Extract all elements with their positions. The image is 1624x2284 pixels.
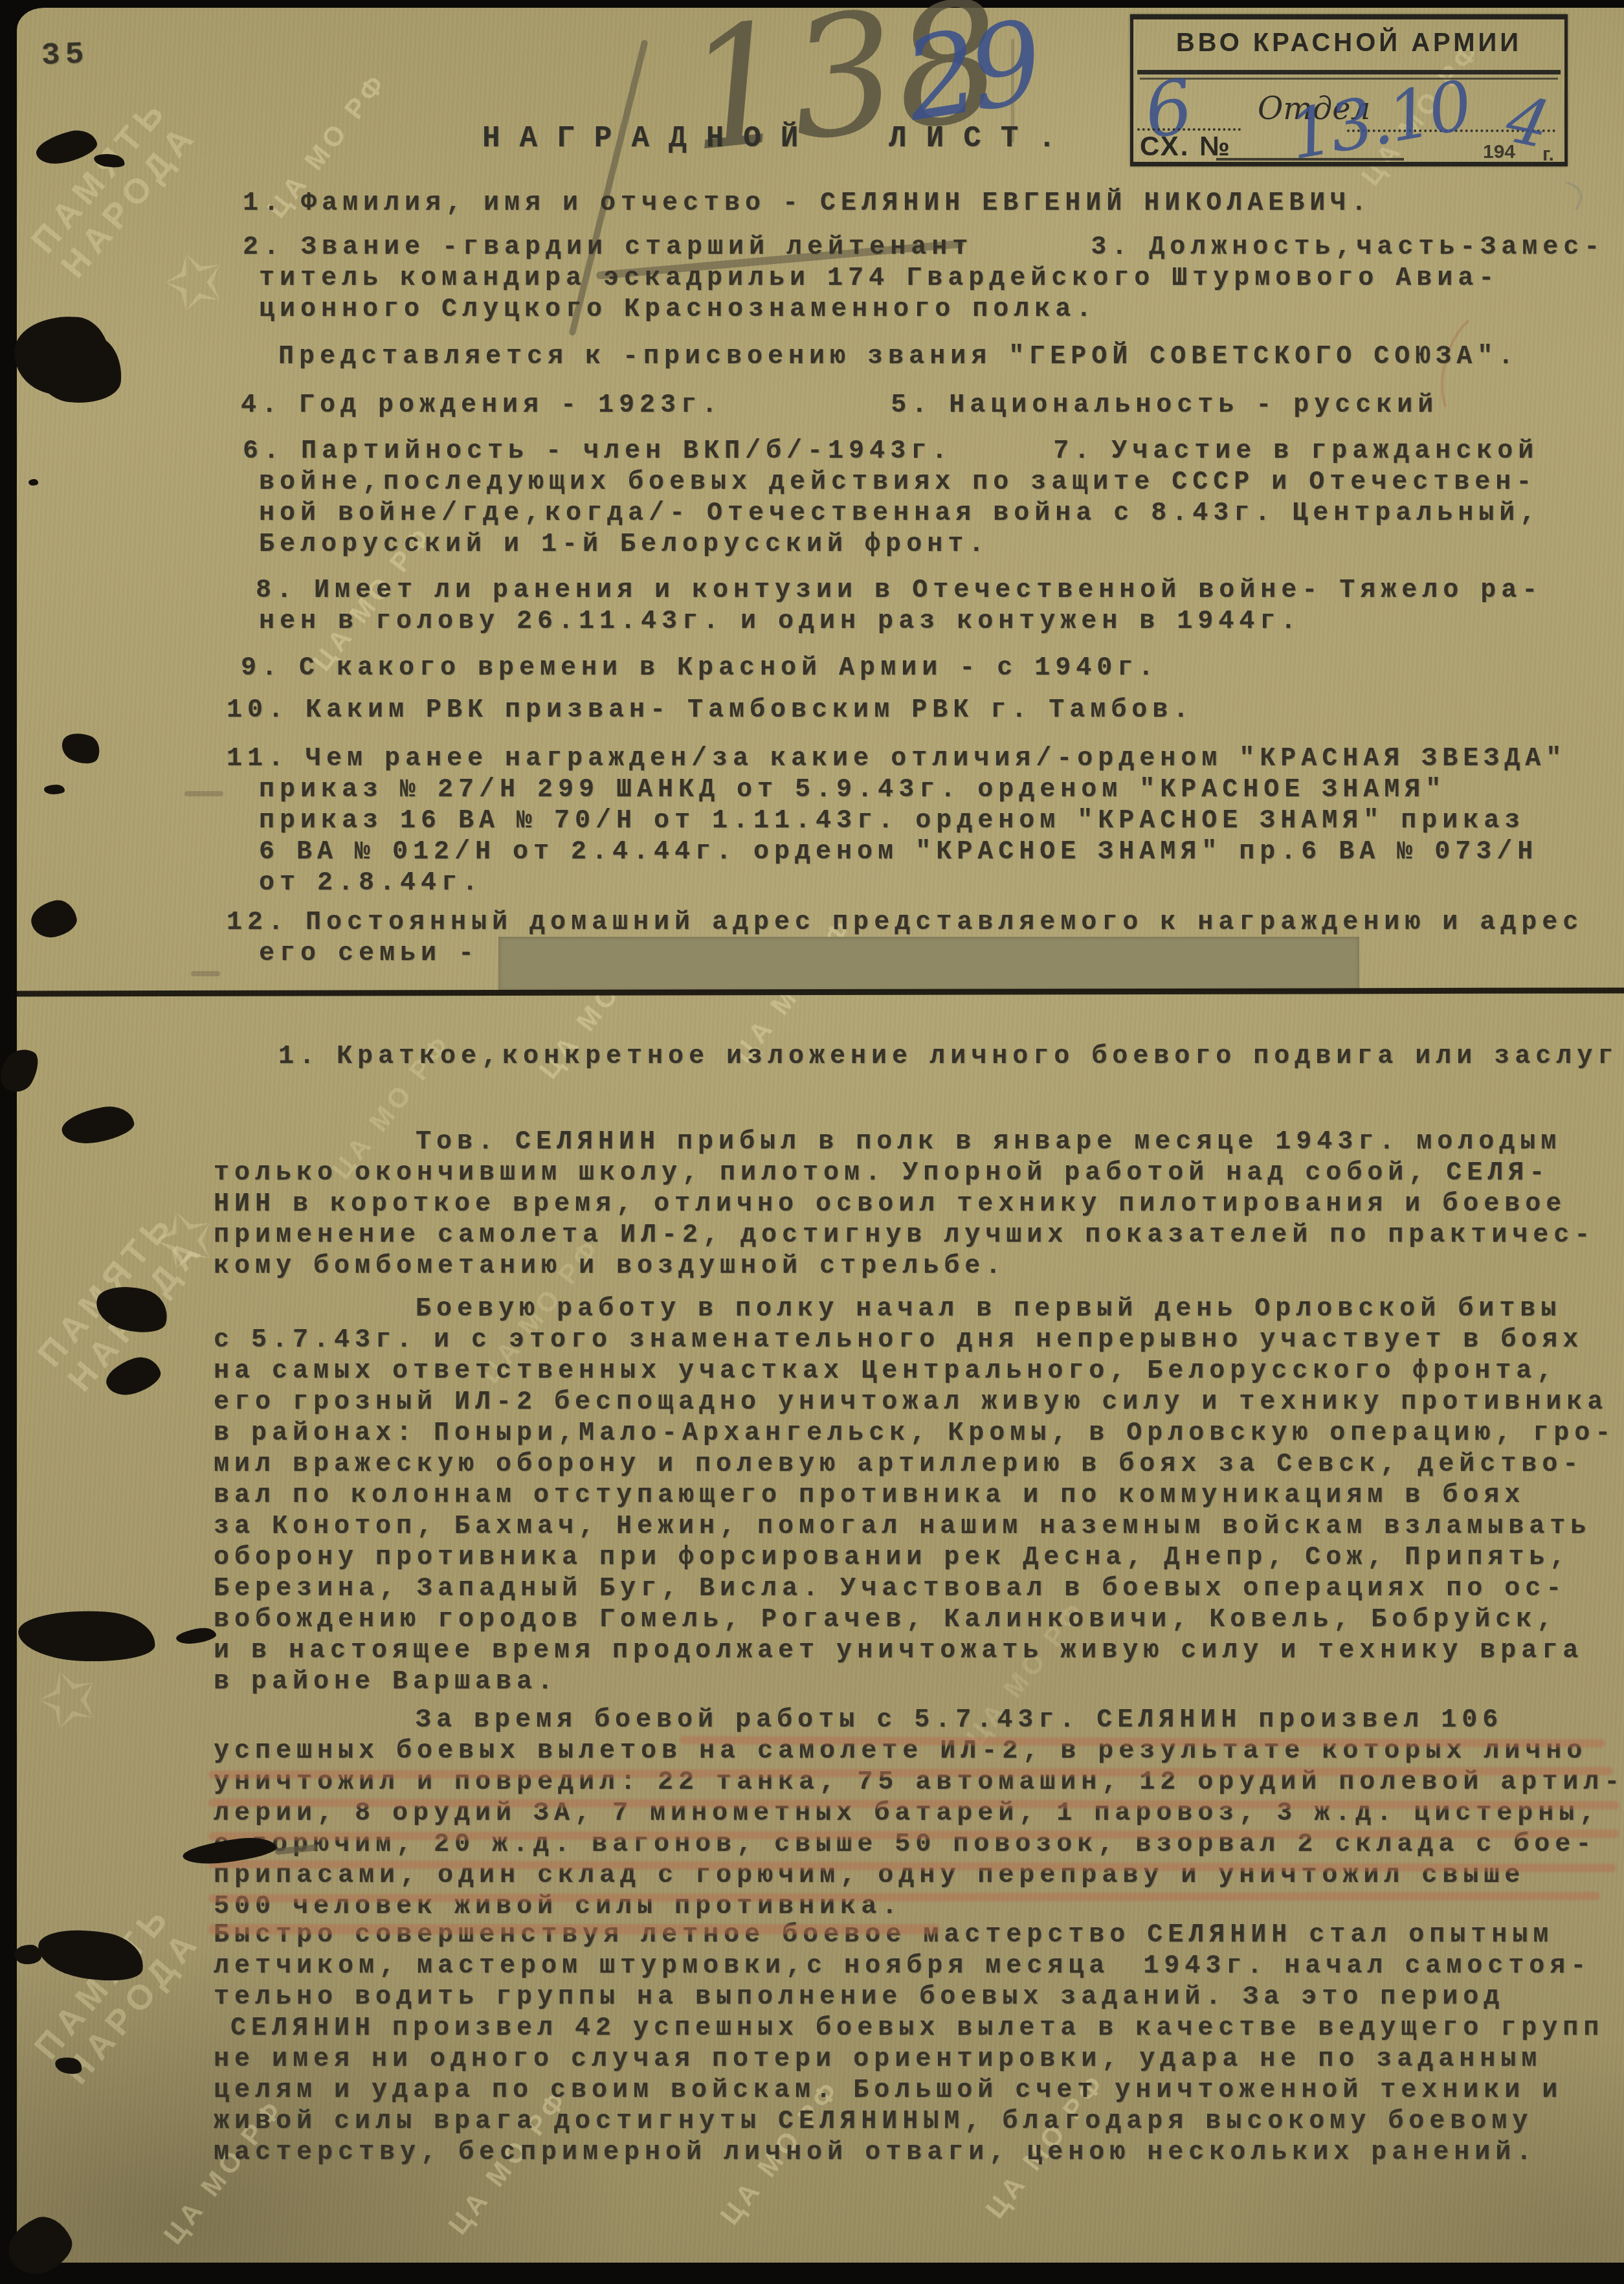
ink-speck	[44, 785, 65, 794]
document-title: НАГРАДНОЙ ЛИСТ.	[482, 123, 1075, 154]
field-party-participation: 6. Партийность - член ВКП/б/-1943г. 7. У…	[259, 436, 1541, 561]
page-number: 35	[41, 39, 89, 73]
field-army-service-since: 9. С какого времени в Красной Армии - с …	[241, 653, 1159, 684]
field-name: 1. Фамилия, имя и отчество - СЕЛЯНИН ЕВГ…	[243, 188, 1372, 219]
narrative-paragraph-4: Быстро совершенствуя летное боевое масте…	[214, 1920, 1604, 2169]
redaction-box	[498, 937, 1359, 991]
ink-speck	[28, 479, 38, 486]
field-previous-awards: 11. Чем ранее награжден/за какие отличия…	[259, 744, 1566, 899]
stamp-index-label: СХ. №	[1140, 131, 1232, 162]
stamp-header: ВВО КРАСНОЙ АРМИИ	[1133, 28, 1564, 58]
pencil-dash	[184, 791, 223, 796]
field-award-proposal: Представляется к -присвоению звания "ГЕР…	[278, 342, 1518, 373]
section-heading: 1. Краткое,конкретное изложение личного …	[278, 1042, 1618, 1073]
stamp-box: ВВО КРАСНОЙ АРМИИ 6 Отдел СХ. № 13.10 19…	[1130, 14, 1568, 166]
field-rank-position: 2. Звание -гвардии старший лейтенант 3. …	[259, 232, 1605, 326]
stamp-year-suffix: г.	[1542, 144, 1554, 166]
stamp-rule	[1140, 78, 1558, 80]
scanned-award-document: { "page_number": "35", "annotations": { …	[0, 0, 1624, 2284]
stamp-rule	[1137, 70, 1561, 74]
narrative-paragraph-2: Боевую работу в полку начал в первый ден…	[214, 1294, 1616, 1698]
ink-speck	[14, 1945, 41, 1964]
red-underline	[208, 1924, 940, 1934]
field-birth-nationality: 4. Год рождения - 1923г. 5. Национальнос…	[241, 390, 1438, 421]
pencil-dash	[191, 971, 220, 976]
field-wounds: 8. Имеет ли ранения и контузии в Отечест…	[259, 576, 1542, 638]
narrative-paragraph-1: Тов. СЕЛЯНИН прибыл в полк в январе меся…	[214, 1127, 1595, 1282]
field-drafted-by: 10. Каким РВК призван- Тамбовским РВК г.…	[227, 695, 1194, 726]
stamp-date-handwritten: 13.10	[1284, 66, 1476, 175]
